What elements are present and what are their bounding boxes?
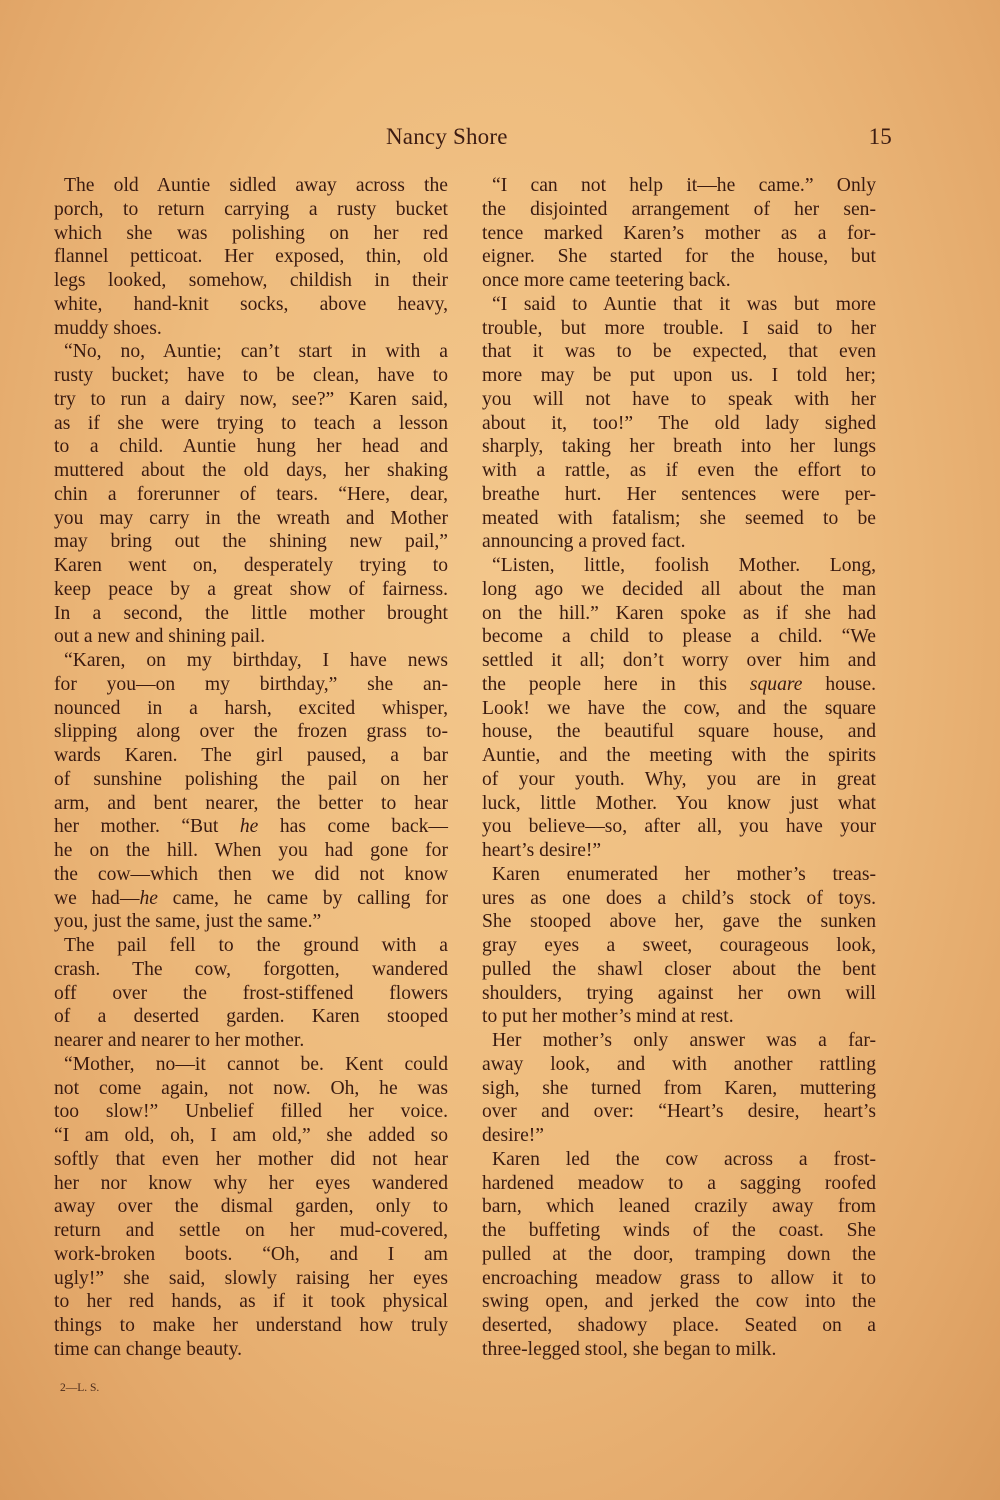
- italic-word: square: [750, 674, 803, 695]
- text-line: return and settle on her mud-covered,: [54, 1219, 448, 1243]
- text-line: rusty bucket; have to be clean, have to: [54, 364, 448, 388]
- text-line: work-broken boots. “Oh, and I am: [54, 1243, 448, 1267]
- text-line: breathe hurt. Her sentences were per-: [482, 483, 876, 507]
- text-line: swing open, and jerked the cow into the: [482, 1290, 876, 1314]
- text-line: things to make her understand how truly: [54, 1314, 448, 1338]
- text-line: “Listen, little, foolish Mother. Long,: [482, 554, 876, 578]
- text-line: to a child. Auntie hung her head and: [54, 435, 448, 459]
- text-line: the buffeting winds of the coast. She: [482, 1219, 876, 1243]
- text-line: “I can not help it—he came.” Only: [482, 174, 876, 198]
- signature-mark: 2—L. S.: [60, 1382, 99, 1394]
- text-line: out a new and shining pail.: [54, 625, 448, 649]
- text-line: ures as one does a child’s stock of toys…: [482, 887, 876, 911]
- text-line: nounced in a harsh, excited whisper,: [54, 697, 448, 721]
- text-line: “I am old, oh, I am old,” she added so: [54, 1124, 448, 1148]
- text-line: house, the beautiful square house, and: [482, 720, 876, 744]
- text-line: the disjointed arrangement of her sen-: [482, 198, 876, 222]
- text-line: Look! we have the cow, and the square: [482, 697, 876, 721]
- text-line: you believe—so, after all, you have your: [482, 815, 876, 839]
- text-line: meated with fatalism; she seemed to be: [482, 507, 876, 531]
- text-line: ugly!” she said, slowly raising her eyes: [54, 1267, 448, 1291]
- text-line: Karen went on, desperately trying to: [54, 554, 448, 578]
- text-line: settled it all; don’t worry over him and: [482, 649, 876, 673]
- text-line: not come again, not now. Oh, he was: [54, 1077, 448, 1101]
- text-line: her mother. “But he has come back—: [54, 815, 448, 839]
- text-line: time can change beauty.: [54, 1338, 448, 1362]
- italic-word: he: [139, 888, 158, 909]
- text-line: that it was to be expected, that even: [482, 340, 876, 364]
- text-line: about it, too!” The old lady sighed: [482, 412, 876, 436]
- text-line: long ago we decided all about the man: [482, 578, 876, 602]
- text-line: flannel petticoat. Her exposed, thin, ol…: [54, 245, 448, 269]
- page-number: 15: [869, 124, 892, 150]
- text-line: on the hill.” Karen spoke as if she had: [482, 602, 876, 626]
- text-line: to her red hands, as if it took physical: [54, 1290, 448, 1314]
- text-line: off over the frost-stiffened flowers: [54, 982, 448, 1006]
- text-line: She stooped above her, gave the sunken: [482, 910, 876, 934]
- text-line: white, hand-knit socks, above heavy,: [54, 293, 448, 317]
- text-line: of a deserted garden. Karen stooped: [54, 1005, 448, 1029]
- text-line: In a second, the little mother brought: [54, 602, 448, 626]
- text-line: “I said to Auntie that it was but more: [482, 293, 876, 317]
- text-line: away look, and with another rattling: [482, 1053, 876, 1077]
- text-line: “No, no, Auntie; can’t start in with a: [54, 340, 448, 364]
- text-line: of your youth. Why, you are in great: [482, 768, 876, 792]
- text-line: her nor know why her eyes wandered: [54, 1172, 448, 1196]
- text-line: sigh, she turned from Karen, muttering: [482, 1077, 876, 1101]
- text-line: crash. The cow, forgotten, wandered: [54, 958, 448, 982]
- text-line: desire!”: [482, 1124, 876, 1148]
- text-line: barn, which leaned crazily away from: [482, 1195, 876, 1219]
- text-line: luck, little Mother. You know just what: [482, 792, 876, 816]
- text-line: three-legged stool, she began to milk.: [482, 1338, 876, 1362]
- text-line: you will not have to speak with her: [482, 388, 876, 412]
- text-line: porch, to return carrying a rusty bucket: [54, 198, 448, 222]
- text-line: Karen enumerated her mother’s treas-: [482, 863, 876, 887]
- text-line: slipping along over the frozen grass to-: [54, 720, 448, 744]
- text-line: which she was polishing on her red: [54, 222, 448, 246]
- text-line: away over the dismal garden, only to: [54, 1195, 448, 1219]
- text-line: with a rattle, as if even the effort to: [482, 459, 876, 483]
- text-line: he on the hill. When you had gone for: [54, 839, 448, 863]
- text-line: “Mother, no—it cannot be. Kent could: [54, 1053, 448, 1077]
- text-line: Karen led the cow across a frost-: [482, 1148, 876, 1172]
- text-line: gray eyes a sweet, courageous look,: [482, 934, 876, 958]
- text-line: announcing a proved fact.: [482, 530, 876, 554]
- text-line: become a child to please a child. “We: [482, 625, 876, 649]
- text-line: heart’s desire!”: [482, 839, 876, 863]
- text-line: we had—he came, he came by calling for: [54, 887, 448, 911]
- text-line: The old Auntie sidled away across the: [54, 174, 448, 198]
- text-line: “Karen, on my birthday, I have news: [54, 649, 448, 673]
- right-text-column: “I can not help it—he came.” Onlythe dis…: [482, 174, 876, 1362]
- text-line: wards Karen. The girl paused, a bar: [54, 744, 448, 768]
- running-head-title: Nancy Shore: [386, 124, 508, 150]
- text-line: of sunshine polishing the pail on her: [54, 768, 448, 792]
- text-line: encroaching meadow grass to allow it to: [482, 1267, 876, 1291]
- text-line: too slow!” Unbelief filled her voice.: [54, 1100, 448, 1124]
- text-line: softly that even her mother did not hear: [54, 1148, 448, 1172]
- text-line: more may be put upon us. I told her;: [482, 364, 876, 388]
- text-line: eigner. She started for the house, but: [482, 245, 876, 269]
- text-line: once more came teetering back.: [482, 269, 876, 293]
- text-line: the people here in this square house.: [482, 673, 876, 697]
- text-line: try to run a dairy now, see?” Karen said…: [54, 388, 448, 412]
- text-line: Her mother’s only answer was a far-: [482, 1029, 876, 1053]
- text-line: as if she were trying to teach a lesson: [54, 412, 448, 436]
- italic-word: he: [240, 816, 259, 837]
- text-line: for you—on my birthday,” she an-: [54, 673, 448, 697]
- text-line: tence marked Karen’s mother as a for-: [482, 222, 876, 246]
- book-page: Nancy Shore 15 The old Auntie sidled awa…: [0, 0, 1000, 1500]
- text-line: muttered about the old days, her shaking: [54, 459, 448, 483]
- text-line: legs looked, somehow, childish in their: [54, 269, 448, 293]
- text-line: chin a forerunner of tears. “Here, dear,: [54, 483, 448, 507]
- text-line: deserted, shadowy place. Seated on a: [482, 1314, 876, 1338]
- text-line: muddy shoes.: [54, 317, 448, 341]
- text-line: nearer and nearer to her mother.: [54, 1029, 448, 1053]
- left-text-column: The old Auntie sidled away across thepor…: [54, 174, 448, 1362]
- text-line: pulled the shawl closer about the bent: [482, 958, 876, 982]
- text-line: hardened meadow to a sagging roofed: [482, 1172, 876, 1196]
- text-line: arm, and bent nearer, the better to hear: [54, 792, 448, 816]
- text-line: keep peace by a great show of fairness.: [54, 578, 448, 602]
- text-line: you, just the same, just the same.”: [54, 910, 448, 934]
- text-line: The pail fell to the ground with a: [54, 934, 448, 958]
- text-line: trouble, but more trouble. I said to her: [482, 317, 876, 341]
- text-line: you may carry in the wreath and Mother: [54, 507, 448, 531]
- text-line: Auntie, and the meeting with the spirits: [482, 744, 876, 768]
- text-line: sharply, taking her breath into her lung…: [482, 435, 876, 459]
- text-line: may bring out the shining new pail,”: [54, 530, 448, 554]
- text-line: shoulders, trying against her own will: [482, 982, 876, 1006]
- text-line: over and over: “Heart’s desire, heart’s: [482, 1100, 876, 1124]
- text-line: the cow—which then we did not know: [54, 863, 448, 887]
- text-line: to put her mother’s mind at rest.: [482, 1005, 876, 1029]
- text-line: pulled at the door, tramping down the: [482, 1243, 876, 1267]
